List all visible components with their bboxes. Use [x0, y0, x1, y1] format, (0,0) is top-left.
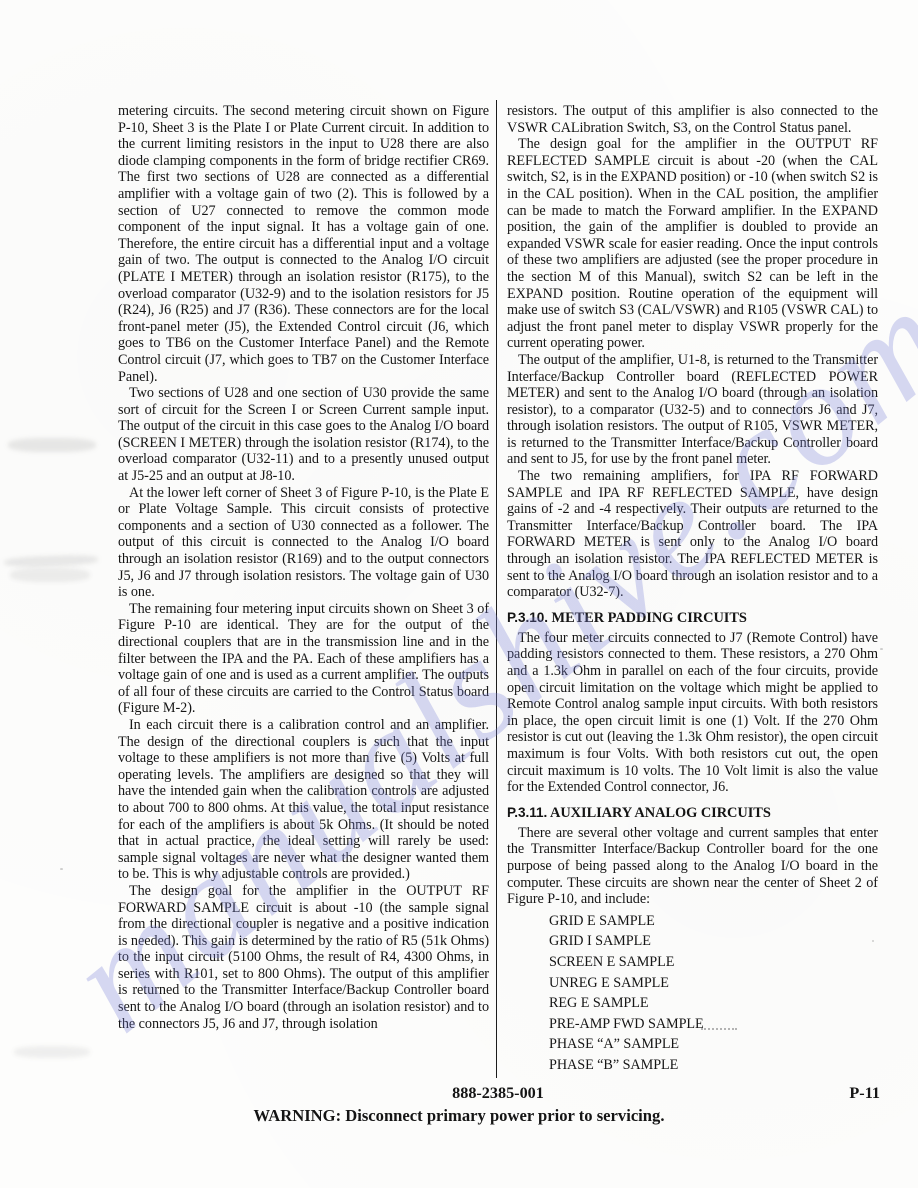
list-item: PHASE “B” SAMPLE [549, 1055, 878, 1076]
list-item: UNREG E SAMPLE [549, 973, 878, 994]
paragraph: metering circuits. The second metering c… [118, 103, 489, 385]
footer-page-number: P-11 [849, 1084, 880, 1103]
scan-smudge [8, 438, 96, 452]
list-item: SCREEN E SAMPLE [549, 952, 878, 973]
scan-speck [872, 940, 874, 942]
right-text-column: resistors. The output of this amplifier … [507, 103, 878, 1075]
scan-smudge [10, 568, 90, 582]
list-item: PRE-AMP FWD SAMPLE [549, 1014, 878, 1035]
paragraph: The design goal for the amplifier in the… [507, 136, 878, 352]
list-item: GRID E SAMPLE [549, 911, 878, 932]
sample-signal-list: GRID E SAMPLE GRID I SAMPLE SCREEN E SAM… [549, 911, 878, 1076]
section-title: AUXILIARY ANALOG CIRCUITS [547, 805, 771, 821]
left-text-column: metering circuits. The second metering c… [118, 103, 489, 1032]
section-heading-auxiliary-analog: P.3.11. AUXILIARY ANALOG CIRCUITS [507, 804, 878, 822]
footer-part-number: 888-2385-001 [118, 1084, 878, 1103]
paragraph: The design goal for the amplifier in the… [118, 883, 489, 1032]
list-item: PHASE “A” SAMPLE [549, 1034, 878, 1055]
scan-speck [880, 648, 883, 650]
scan-smudge [4, 554, 98, 567]
footer-warning-line: WARNING: Disconnect primary power prior … [0, 1106, 918, 1126]
scan-dotted-mark [701, 1028, 737, 1030]
paragraph: The two remaining amplifiers, for IPA RF… [507, 468, 878, 601]
scan-speck [60, 868, 63, 870]
section-number: P.3.10. [507, 610, 548, 625]
scan-smudge [14, 1046, 90, 1058]
column-divider-rule [496, 100, 497, 1078]
paragraph: The four meter circuits connected to J7 … [507, 630, 878, 796]
list-item: REG E SAMPLE [549, 993, 878, 1014]
section-number: P.3.11. [507, 805, 547, 820]
paragraph: Two sections of U28 and one section of U… [118, 385, 489, 485]
section-heading-meter-padding: P.3.10. METER PADDING CIRCUITS [507, 609, 878, 627]
scanned-manual-page: metering circuits. The second metering c… [0, 0, 918, 1188]
paragraph: In each circuit there is a calibration c… [118, 717, 489, 883]
part-number-text: 888-2385-001 [452, 1084, 544, 1103]
paragraph: At the lower left corner of Sheet 3 of F… [118, 485, 489, 601]
list-item: GRID I SAMPLE [549, 931, 878, 952]
paragraph: There are several other voltage and curr… [507, 825, 878, 908]
paragraph: resistors. The output of this amplifier … [507, 103, 878, 136]
section-title: METER PADDING CIRCUITS [548, 610, 747, 626]
paragraph: The output of the amplifier, U1-8, is re… [507, 352, 878, 468]
paragraph: The remaining four metering input circui… [118, 601, 489, 717]
